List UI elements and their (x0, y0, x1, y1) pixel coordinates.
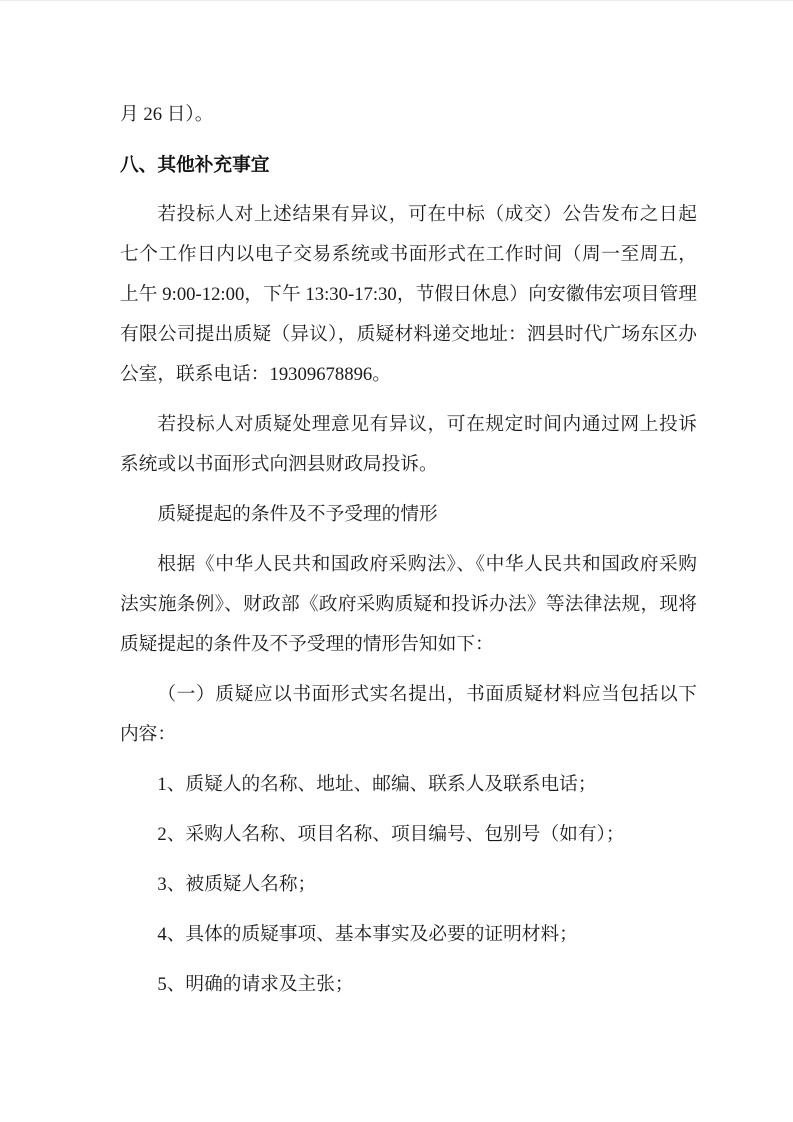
paragraph-query-conditions-title: 质疑提起的条件及不予受理的情形 (120, 495, 697, 535)
paragraph-written-requirement: （一）质疑应以书面形式实名提出，书面质疑材料应当包括以下内容： (120, 675, 697, 755)
list-item-2: 2、采购人名称、项目名称、项目编号、包别号（如有）； (120, 815, 697, 855)
paragraph-objection-procedure: 若投标人对上述结果有异议，可在中标（成交）公告发布之日起七个工作日内以电子交易系… (120, 195, 697, 395)
document-page: 月 26 日）。 八、其他补充事宜 若投标人对上述结果有异议，可在中标（成交）公… (0, 0, 793, 1122)
list-item-1: 1、质疑人的名称、地址、邮编、联系人及联系电话； (120, 765, 697, 805)
list-item-3: 3、被质疑人名称； (120, 865, 697, 905)
document-body: 月 26 日）。 八、其他补充事宜 若投标人对上述结果有异议，可在中标（成交）公… (120, 95, 697, 1005)
paragraph-complaint-procedure: 若投标人对质疑处理意见有异议，可在规定时间内通过网上投诉系统或以书面形式向泗县财… (120, 405, 697, 485)
continuation-line: 月 26 日）。 (120, 95, 697, 135)
list-item-4: 4、具体的质疑事项、基本事实及必要的证明材料； (120, 915, 697, 955)
list-item-5: 5、明确的请求及主张； (120, 965, 697, 1005)
paragraph-legal-basis: 根据《中华人民共和国政府采购法》、《中华人民共和国政府采购法实施条例》、财政部《… (120, 545, 697, 665)
section-heading: 八、其他补充事宜 (120, 145, 697, 185)
